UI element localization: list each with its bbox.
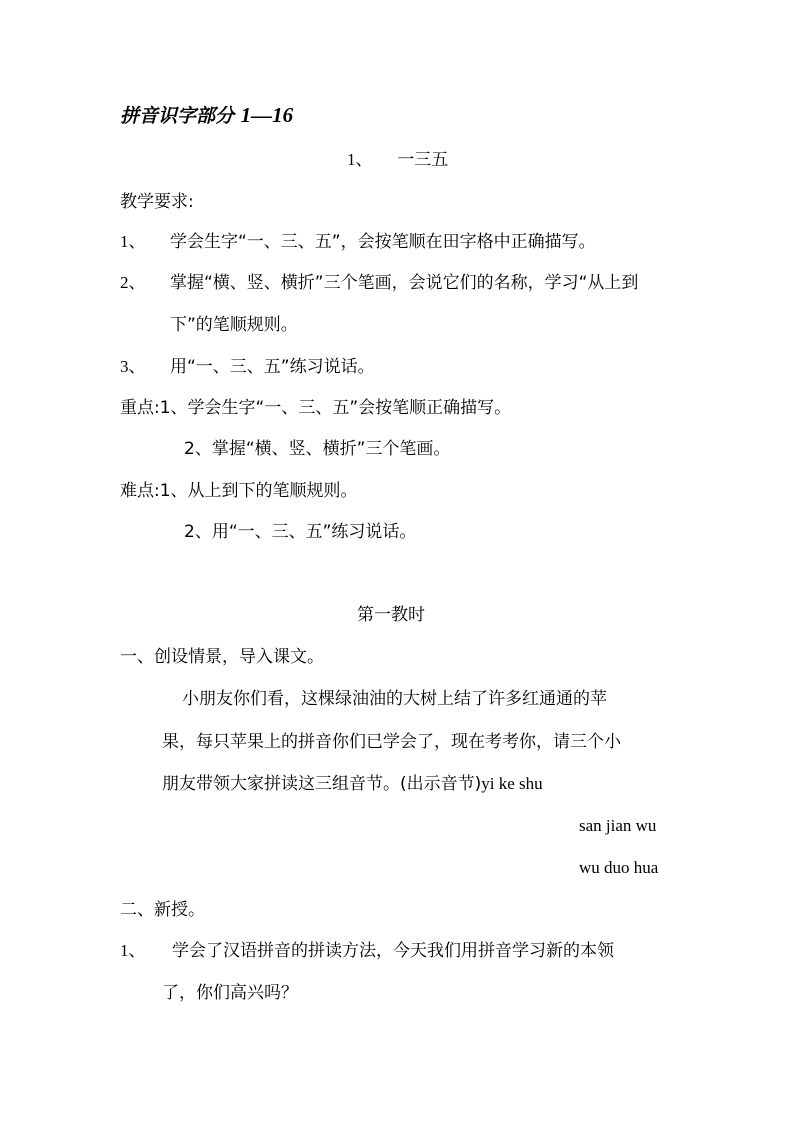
requirement-text: 用“一、三、五”练习说话。 — [170, 356, 375, 378]
pinyin-group-2: san jian wu — [579, 815, 656, 837]
document-title-text: 拼音识字部分 — [120, 105, 234, 127]
key-points-label: 重点: — [120, 398, 160, 418]
requirement-number: 3、 — [120, 356, 146, 378]
requirement-text: 学会生字“一、三、五”，会按笔顺在田字格中正确描写。 — [170, 231, 596, 253]
section-one-paragraph-line-2: 果，每只苹果上的拼音你们已学会了，现在考考你，请三个小 — [162, 731, 621, 753]
key-point-text: 1、学会生字“一、三、五”会按笔顺正确描写。 — [160, 398, 511, 418]
section-two-item-1-continued: 了，你们高兴吗？ — [162, 982, 298, 1004]
requirement-text: 掌握“横、竖、横折”三个笔画，会说它们的名称，学习“从上到 — [170, 272, 638, 294]
requirements-label: 教学要求: — [120, 191, 194, 213]
key-points-item-1: 重点:1、学会生字“一、三、五”会按笔顺正确描写。 — [120, 397, 511, 419]
difficult-point-text: 1、从上到下的笔顺规则。 — [160, 481, 358, 501]
difficult-points-label: 难点: — [120, 481, 160, 501]
paragraph-text: 朋友带领大家拼读这三组音节。(出示音节) — [162, 774, 481, 794]
lesson-name: 一三五 — [397, 150, 448, 170]
section-one-paragraph-line-1: 小朋友你们看，这棵绿油油的大树上结了许多红通通的苹 — [182, 688, 607, 710]
section-one-heading: 一、创设情景，导入课文。 — [120, 646, 324, 668]
lesson-number: 1、 — [347, 150, 373, 169]
period-heading: 第一教时 — [357, 604, 425, 626]
section-one-paragraph-line-3: 朋友带领大家拼读这三组音节。(出示音节)yi ke shu — [162, 773, 543, 795]
requirement-number: 2、 — [120, 272, 146, 294]
pinyin-group-3: wu duo hua — [579, 857, 658, 879]
pinyin-group-1: yi ke shu — [481, 774, 542, 793]
difficult-points-item-2: 2、用“一、三、五”练习说话。 — [184, 521, 416, 543]
requirement-item-2-continued: 下”的笔顺规则。 — [170, 314, 298, 336]
section-two-item-number: 1、 — [120, 940, 146, 962]
requirement-number: 1、 — [120, 231, 146, 253]
section-two-item-text: 学会了汉语拼音的拼读方法，今天我们用拼音学习新的本领 — [172, 940, 614, 962]
section-two-heading: 二、新授。 — [120, 899, 205, 921]
difficult-points-item-1: 难点:1、从上到下的笔顺规则。 — [120, 480, 358, 502]
document-title-range: 1—16 — [241, 103, 294, 127]
lesson-heading: 1、 一三五 — [347, 149, 448, 171]
key-points-item-2: 2、掌握“横、竖、横折”三个笔画。 — [184, 438, 450, 460]
document-title: 拼音识字部分 1—16 — [120, 104, 293, 127]
